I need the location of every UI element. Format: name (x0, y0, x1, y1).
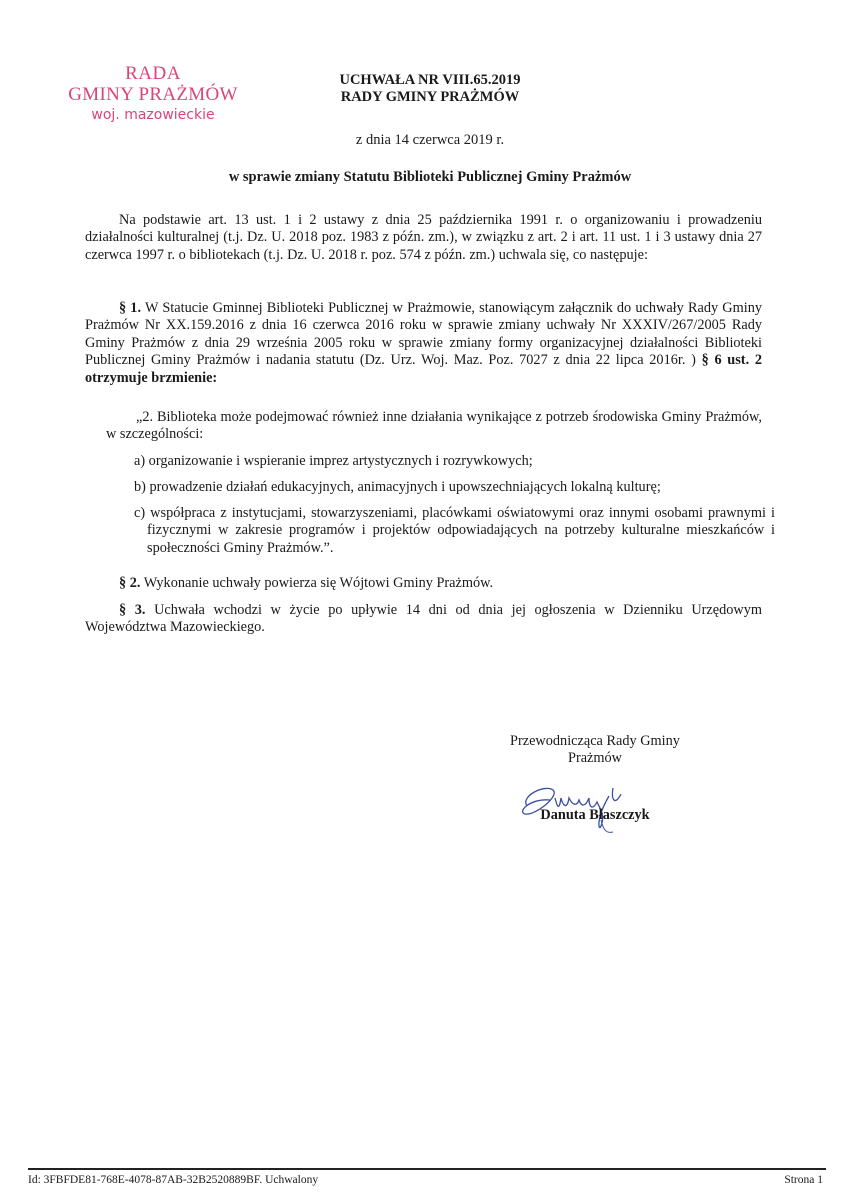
stamp-line-1: RADA (48, 64, 258, 84)
document-id: Id: 3FBFDE81-768E-4078-87AB-32B2520889BF… (28, 1174, 318, 1186)
quoted-provision: „2. Biblioteka może podejmować również i… (106, 409, 762, 444)
section-3-text: Uchwała wchodzi w życie po upływie 14 dn… (85, 602, 762, 635)
role-line-1: Przewodnicząca Rady Gminy (495, 733, 695, 750)
section-2-text: Wykonanie uchwały powierza się Wójtowi G… (140, 575, 493, 591)
handwritten-signature-icon (505, 776, 665, 836)
title-line-1: UCHWAŁA NR VIII.65.2019 (280, 72, 580, 89)
stamp-line-2: GMINY PRAŻMÓW (48, 84, 258, 106)
section-1: § 1. W Statucie Gminnej Biblioteki Publi… (85, 300, 762, 387)
list-item-c: c) współpraca z instytucjami, stowarzysz… (134, 505, 775, 557)
council-stamp: RADA GMINY PRAŻMÓW woj. mazowieckie (48, 64, 258, 124)
section-1-text: W Statucie Gminnej Biblioteki Publicznej… (85, 300, 762, 368)
section-3-label: § 3. (119, 602, 145, 618)
list-item-b: b) prowadzenie działań edukacyjnych, ani… (134, 479, 775, 496)
section-2: § 2. Wykonanie uchwały powierza się Wójt… (85, 575, 762, 592)
preamble: Na podstawie art. 13 ust. 1 i 2 ustawy z… (85, 212, 762, 264)
document-date: z dnia 14 czerwca 2019 r. (280, 132, 580, 149)
document-subject: w sprawie zmiany Statutu Biblioteki Publ… (120, 169, 740, 186)
signatory-name: Danuta Błaszczyk (495, 807, 695, 824)
document-title: UCHWAŁA NR VIII.65.2019 RADY GMINY PRAŻM… (280, 72, 580, 106)
footer-divider (28, 1168, 826, 1170)
section-2-label: § 2. (119, 575, 140, 591)
page-number: Strona 1 (784, 1174, 823, 1186)
section-3: § 3. Uchwała wchodzi w życie po upływie … (85, 602, 762, 637)
role-line-2: Prażmów (495, 750, 695, 767)
list-item-a: a) organizowanie i wspieranie imprez art… (134, 453, 775, 470)
title-line-2: RADY GMINY PRAŻMÓW (280, 89, 580, 106)
signatory-role: Przewodnicząca Rady Gminy Prażmów (495, 733, 695, 767)
stamp-line-3: woj. mazowieckie (48, 106, 258, 124)
section-1-label: § 1. (119, 300, 141, 316)
